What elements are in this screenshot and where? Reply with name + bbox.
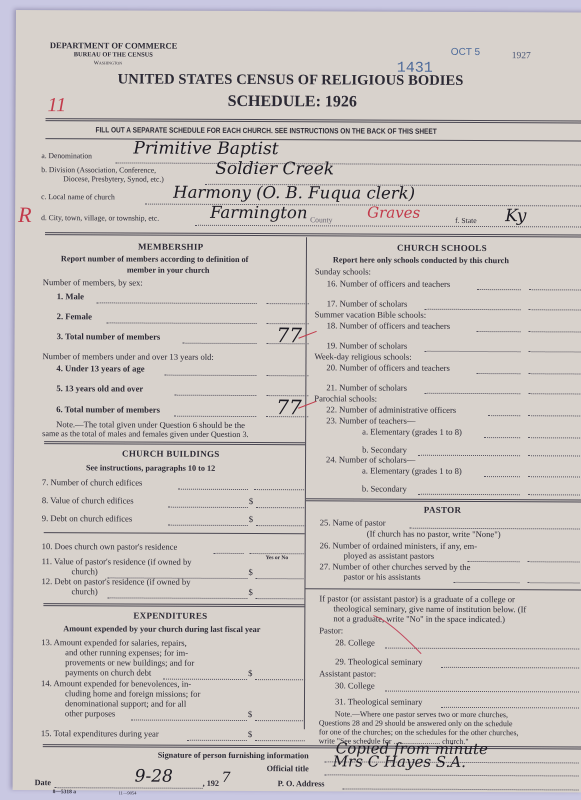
q14-label-4: other purposes xyxy=(65,708,115,718)
church-schools-title: CHURCH SCHOOLS xyxy=(397,243,487,253)
q24b-label: b. Secondary xyxy=(362,484,407,494)
q15-dots xyxy=(187,740,247,741)
sunday-label: Sunday schools: xyxy=(315,266,371,276)
age-label: Number of members under and over 13 year… xyxy=(42,351,213,362)
q10-field[interactable] xyxy=(250,553,306,554)
q7-field[interactable] xyxy=(254,489,306,490)
q16-label: 16. Number of officers and teachers xyxy=(327,278,450,289)
q20-label: 20. Number of officers and teachers xyxy=(326,362,449,373)
q23-label: 23. Number of teachers— xyxy=(326,415,415,425)
q20-field[interactable] xyxy=(528,373,580,374)
q13-label-4: payments on church debt xyxy=(65,667,151,677)
state-label: f. State xyxy=(455,216,477,225)
q13-label: 13. Amount expended for salaries, repair… xyxy=(41,637,187,648)
q6-dots xyxy=(174,416,256,417)
by-sex-label: Number of members, by sex: xyxy=(43,277,143,287)
q23b-dots xyxy=(418,455,520,456)
q24b-field[interactable] xyxy=(528,494,580,495)
county-value[interactable]: Graves xyxy=(367,204,420,222)
q27-label-2: pastor or his assistants xyxy=(344,571,421,581)
local-name-label: c. Local name of church xyxy=(41,192,115,201)
local-name-value[interactable]: Harmony (O. B. Fuqua clerk) xyxy=(173,183,415,203)
q1-dots xyxy=(97,302,257,304)
q23b-label: b. Secondary xyxy=(362,445,407,455)
q8-currency: $ xyxy=(249,496,253,506)
membership-title: MEMBERSHIP xyxy=(138,242,204,252)
q7-dots xyxy=(178,489,248,490)
city-label: Washington xyxy=(94,60,122,66)
q5-dots xyxy=(174,395,256,396)
pastor-mid-divider xyxy=(305,588,581,590)
q24a-label: a. Elementary (grades 1 to 8) xyxy=(362,466,462,476)
parochial-label: Parochial schools: xyxy=(314,393,377,403)
q24b-dots xyxy=(418,494,520,495)
print-code: 11—9054 xyxy=(119,790,137,795)
red-strike-mark xyxy=(313,601,433,672)
q13-label-2: and other running expenses; for im- xyxy=(65,647,188,658)
q8-field[interactable] xyxy=(256,507,306,508)
q16-field[interactable] xyxy=(529,289,581,290)
buildings-divider xyxy=(43,603,304,607)
q16-dots xyxy=(477,289,521,290)
q19-label: 19. Number of scholars xyxy=(327,340,408,350)
schedule-title: SCHEDULE: 1926 xyxy=(228,93,357,112)
denomination-label: a. Denomination xyxy=(41,151,92,160)
q18-dots xyxy=(477,331,521,332)
q17-field[interactable] xyxy=(529,309,581,310)
date-label: Date xyxy=(35,778,51,787)
city-label: d. City, town, village, or township, etc… xyxy=(41,213,159,223)
q10-hint: Yes or No xyxy=(266,555,289,561)
denomination-value[interactable]: Primitive Baptist xyxy=(133,139,278,160)
schools-divider xyxy=(306,498,581,502)
q18-field[interactable] xyxy=(529,331,581,332)
q23a-dots xyxy=(484,437,520,438)
q25-label: 25. Name of pastor xyxy=(320,517,386,527)
q2-label: 2. Female xyxy=(57,311,92,321)
footer-divider xyxy=(43,744,581,749)
po-address-field[interactable] xyxy=(343,788,579,790)
q29-field[interactable] xyxy=(441,667,579,669)
q31-label: 31. Theological seminary xyxy=(335,696,422,706)
q21-field[interactable] xyxy=(528,393,580,394)
q3-field xyxy=(267,343,309,344)
division-label-2: Diocese, Presbytery, Synod, etc.) xyxy=(63,174,164,183)
q4-dots xyxy=(164,375,256,376)
q13-field[interactable] xyxy=(255,679,305,680)
q1-label: 1. Male xyxy=(57,291,84,301)
q3-dots xyxy=(183,343,257,344)
q24-label: 24. Number of scholars— xyxy=(326,454,415,464)
division-label: b. Division (Association, Conference, xyxy=(41,165,156,175)
q30-field[interactable] xyxy=(385,691,579,693)
q15-label: 15. Total expenditures during year xyxy=(41,728,159,739)
q6-label: 6. Total number of members xyxy=(56,404,160,414)
q14-label-2: cluding home and foreign missions; for xyxy=(65,688,200,699)
q26-label-2: ployed as assistant pastors xyxy=(344,550,435,560)
q9-dots xyxy=(168,525,248,526)
q14-label-3: denominational support; and for all xyxy=(65,698,186,709)
q11-label: 11. Value of pastor's residence (if owne… xyxy=(42,556,192,567)
q9-currency: $ xyxy=(249,514,253,524)
q27-field[interactable] xyxy=(528,582,580,583)
census-schedule-form: DEPARTMENT OF COMMERCE BUREAU OF THE CEN… xyxy=(13,10,581,792)
po-address-label: P. O. Address xyxy=(278,779,325,788)
q8-dots xyxy=(168,507,248,508)
q3-label: 3. Total number of members xyxy=(57,331,161,341)
department-label: DEPARTMENT OF COMMERCE xyxy=(50,40,178,51)
q5-label: 5. 13 years old and over xyxy=(56,383,143,393)
membership-divider xyxy=(44,441,305,445)
division-value[interactable]: Soldier Creek xyxy=(215,159,334,180)
q4-field[interactable] xyxy=(266,375,308,376)
q14-label: 14. Amount expended for benevolences, in… xyxy=(41,678,191,689)
state-value[interactable]: Ky xyxy=(505,206,526,226)
q24a-dots xyxy=(484,476,520,477)
q20-dots xyxy=(476,373,520,374)
q15-field[interactable] xyxy=(255,740,305,741)
q27-dots xyxy=(454,582,520,583)
section-divider xyxy=(45,232,581,237)
q11-field[interactable] xyxy=(256,578,306,579)
q22-label: 22. Number of administrative officers xyxy=(326,404,456,415)
church-schools-intro: Report here only schools conducted by th… xyxy=(333,255,509,265)
official-title-label: Official title xyxy=(267,764,309,773)
q30-label: 30. College xyxy=(335,680,375,690)
instruction-banner: FILL OUT A SEPARATE SCHEDULE FOR EACH CH… xyxy=(95,125,436,135)
q13-currency: $ xyxy=(248,668,252,678)
q23b-field[interactable] xyxy=(528,455,580,456)
q24a-field[interactable] xyxy=(528,476,580,477)
expenditures-title: EXPENDITURES xyxy=(133,611,207,621)
q27-label: 27. Number of other churches served by t… xyxy=(320,561,471,572)
q12-dots xyxy=(107,597,247,599)
q19-field[interactable] xyxy=(529,351,581,352)
buildings-subtitle: See instructions, paragraphs 10 to 12 xyxy=(86,463,215,473)
q4-label: 4. Under 13 years of age xyxy=(56,363,144,373)
red-check-mark-2 xyxy=(296,399,318,411)
membership-note-2: same as the total of males and females g… xyxy=(42,429,248,439)
margin-mark-r: R xyxy=(18,202,32,228)
q8-label: 8. Value of church edifices xyxy=(42,495,134,505)
membership-intro-2: member in your church xyxy=(127,265,210,274)
q9-label: 9. Debt on church edifices xyxy=(42,513,132,523)
column-divider xyxy=(304,237,307,729)
q14-field[interactable] xyxy=(255,720,305,721)
q19-dots xyxy=(425,351,521,352)
banner-divider xyxy=(45,138,581,141)
q7-label: 7. Number of church edifices xyxy=(42,477,143,487)
q9-field[interactable] xyxy=(256,525,306,526)
q10-label: 10. Does church own pastor's residence xyxy=(42,541,178,552)
q22-dots xyxy=(488,415,520,416)
stamp-date: OCT 5 xyxy=(451,47,480,58)
q21-label: 21. Number of scholars xyxy=(326,382,407,392)
q12-field[interactable] xyxy=(255,598,305,599)
buildings-title: CHURCH BUILDINGS xyxy=(122,448,220,458)
q1-field[interactable] xyxy=(267,303,309,304)
date-line xyxy=(55,787,203,789)
date-year-digit[interactable]: 7 xyxy=(222,770,231,786)
q12-currency: $ xyxy=(248,587,252,597)
county-label: County xyxy=(310,215,332,224)
q11-label-2: church) xyxy=(72,566,98,576)
q2-dots xyxy=(107,322,257,324)
q14-currency: $ xyxy=(248,709,252,719)
q14-dots xyxy=(131,720,247,722)
q26-dots xyxy=(468,561,520,562)
q6-field xyxy=(266,416,308,417)
q26-label: 26. Number of ordained ministers, if any… xyxy=(320,540,477,551)
pastor-title: PASTOR xyxy=(424,505,462,515)
form-title: UNITED STATES CENSUS OF RELIGIOUS BODIES xyxy=(118,71,464,90)
q12-label: 12. Debt on pastor's residence (if owned… xyxy=(41,576,190,587)
header-divider xyxy=(46,118,581,123)
summer-label: Summer vacation Bible schools: xyxy=(315,309,427,319)
date-year-prefix: , 192 xyxy=(203,779,219,788)
weekday-label: Week-day religious schools: xyxy=(314,351,411,361)
official-title-line xyxy=(325,774,579,776)
q21-dots xyxy=(424,393,520,394)
q31-field[interactable] xyxy=(441,707,579,709)
q15-currency: $ xyxy=(248,729,252,739)
margin-mark-11: 11 xyxy=(48,94,67,117)
q25-hint: (If church has no pastor, write "None") xyxy=(367,529,501,540)
bureau-label: BUREAU OF THE CENSUS xyxy=(74,51,153,58)
q17-label: 17. Number of scholars xyxy=(327,298,408,308)
q22-field[interactable] xyxy=(528,415,580,416)
q11-currency: $ xyxy=(249,567,253,577)
buildings-mid-divider xyxy=(44,532,305,534)
red-check-mark xyxy=(297,329,319,341)
date-value[interactable]: 9-28 xyxy=(135,767,173,787)
expenditures-subtitle: Amount expended by your church during la… xyxy=(63,624,260,634)
signature-label: Signature of person furnishing informati… xyxy=(158,751,309,761)
q13-label-3: provements or new buildings; and for xyxy=(65,657,194,668)
q18-label: 18. Number of officers and teachers xyxy=(327,320,450,331)
q10-dots xyxy=(214,553,244,554)
membership-intro: Report number of members according to de… xyxy=(61,254,249,264)
q23a-field[interactable] xyxy=(528,437,580,438)
city-value[interactable]: Farmington xyxy=(210,203,307,222)
form-number: 8—5318 a xyxy=(53,789,76,795)
stamp-year: 1927 xyxy=(512,51,531,61)
q26-field[interactable] xyxy=(528,561,580,562)
q23a-label: a. Elementary (grades 1 to 8) xyxy=(362,427,462,437)
q12-label-2: church) xyxy=(71,586,97,596)
official-title-value[interactable]: Mrs C Hayes S.A. xyxy=(333,752,466,771)
denomination-line xyxy=(115,162,581,165)
q17-dots xyxy=(425,309,521,310)
